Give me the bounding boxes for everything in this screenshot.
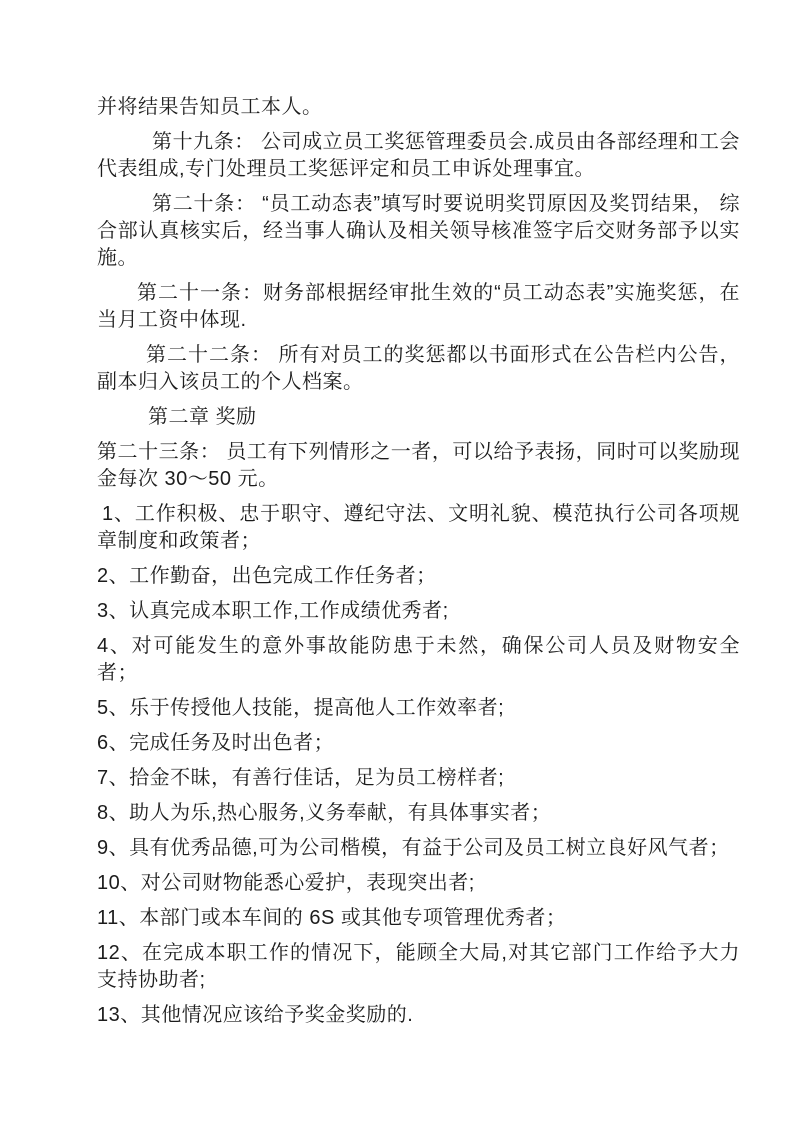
document-page: 并将结果告知员工本人。 第十九条： 公司成立员工奖惩管理委员会.成员由各部经理和… — [0, 0, 800, 1132]
article-19: 第十九条： 公司成立员工奖惩管理委员会.成员由各部经理和工会代表组成,专门处理员… — [97, 129, 740, 183]
reward-item-13: 13、其他情况应该给予奖金奖励的. — [97, 1002, 740, 1029]
article-21: 第二十一条：财务部根据经审批生效的“员工动态表”实施奖惩，在当月工资中体现. — [97, 280, 740, 334]
reward-item-10: 10、对公司财物能悉心爱护，表现突出者; — [97, 870, 740, 897]
reward-item-8: 8、助人为乐,热心服务,义务奉献，有具体事实者； — [97, 800, 740, 827]
chapter-2-heading: 第二章 奖励 — [97, 404, 740, 431]
reward-item-5: 5、乐于传授他人技能，提高他人工作效率者; — [97, 695, 740, 722]
reward-item-11: 11、本部门或本车间的 6S 或其他专项管理优秀者； — [97, 905, 740, 932]
reward-item-1: 1、工作积极、忠于职守、遵纪守法、文明礼貌、模范执行公司各项规章制度和政策者； — [97, 501, 740, 555]
reward-item-9: 9、具有优秀品德,可为公司楷模，有益于公司及员工树立良好风气者； — [97, 835, 740, 862]
reward-item-7: 7、拾金不昧，有善行佳话，足为员工榜样者; — [97, 765, 740, 792]
reward-item-4: 4、对可能发生的意外事故能防患于未然，确保公司人员及财物安全者； — [97, 633, 740, 687]
reward-item-2: 2、工作勤奋，出色完成工作任务者； — [97, 563, 740, 590]
article-20: 第二十条： “员工动态表”填写时要说明奖罚原因及奖罚结果， 综合部认真核实后，经… — [97, 191, 740, 272]
article-22: 第二十二条： 所有对员工的奖惩都以书面形式在公告栏内公告，副本归入该员工的个人档… — [97, 342, 740, 396]
reward-item-6: 6、完成任务及时出色者； — [97, 730, 740, 757]
reward-item-12: 12、在完成本职工作的情况下，能顾全大局,对其它部门工作给予大力支持协助者; — [97, 940, 740, 994]
reward-item-3: 3、认真完成本职工作,工作成绩优秀者; — [97, 598, 740, 625]
paragraph-continuation: 并将结果告知员工本人。 — [97, 94, 740, 121]
article-23: 第二十三条： 员工有下列情形之一者，可以给予表扬，同时可以奖励现金每次 30～5… — [97, 439, 740, 493]
